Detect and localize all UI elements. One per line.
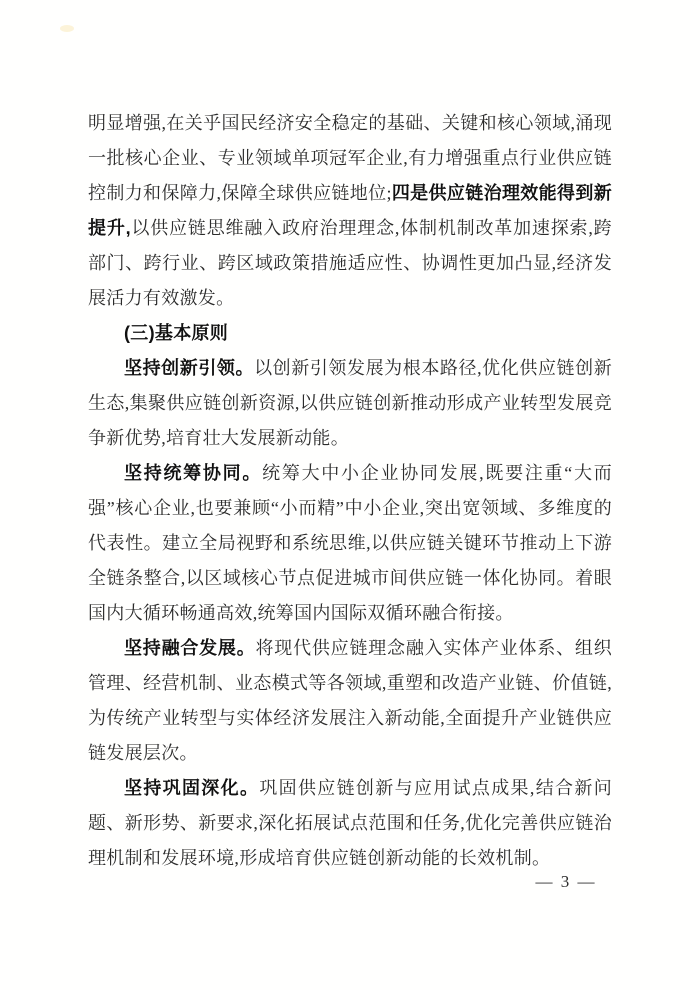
bold-text-run: 坚持创新引领。 [124, 358, 254, 378]
bold-text-run: 坚持巩固深化。 [124, 778, 259, 798]
para-consolidate-deepen: 坚持巩固深化。巩固供应链创新与应用试点成果,结合新问题、新形势、新要求,深化拓展… [88, 771, 612, 876]
bold-text-run: 坚持融合发展。 [124, 638, 256, 658]
para-innovation-leading: 坚持创新引领。以创新引领发展为根本路径,优化供应链创新生态,集聚供应链创新资源,… [88, 351, 612, 456]
text-run: 统筹大中小企业协同发展,既要注重“大而强”核心企业,也要兼顾“小而精”中小企业,… [88, 463, 612, 623]
bold-text-run: 坚持统筹协同。 [124, 463, 262, 483]
para-integrated-development: 坚持融合发展。将现代供应链理念融入实体产业体系、组织管理、经营机制、业态模式等各… [88, 631, 612, 771]
page-number: — 3 — [518, 872, 614, 892]
para-overall-coordination: 坚持统筹协同。统筹大中小企业协同发展,既要注重“大而强”核心企业,也要兼顾“小而… [88, 456, 612, 631]
bold-text-run: (三)基本原则 [124, 323, 228, 343]
document-page: 明显增强,在关乎国民经济安全稳定的基础、关键和核心领域,涌现一批核心企业、专业领… [0, 0, 700, 990]
text-run: 以供应链思维融入政府治理理念,体制机制改革加速探索,跨部门、跨行业、跨区域政策措… [88, 218, 612, 308]
document-text-block: 明显增强,在关乎国民经济安全稳定的基础、关键和核心领域,涌现一批核心企业、专业领… [88, 106, 612, 876]
scan-artifact [60, 25, 74, 32]
heading-basic-principles: (三)基本原则 [88, 316, 612, 351]
para-achievements-continued: 明显增强,在关乎国民经济安全稳定的基础、关键和核心领域,涌现一批核心企业、专业领… [88, 106, 612, 316]
